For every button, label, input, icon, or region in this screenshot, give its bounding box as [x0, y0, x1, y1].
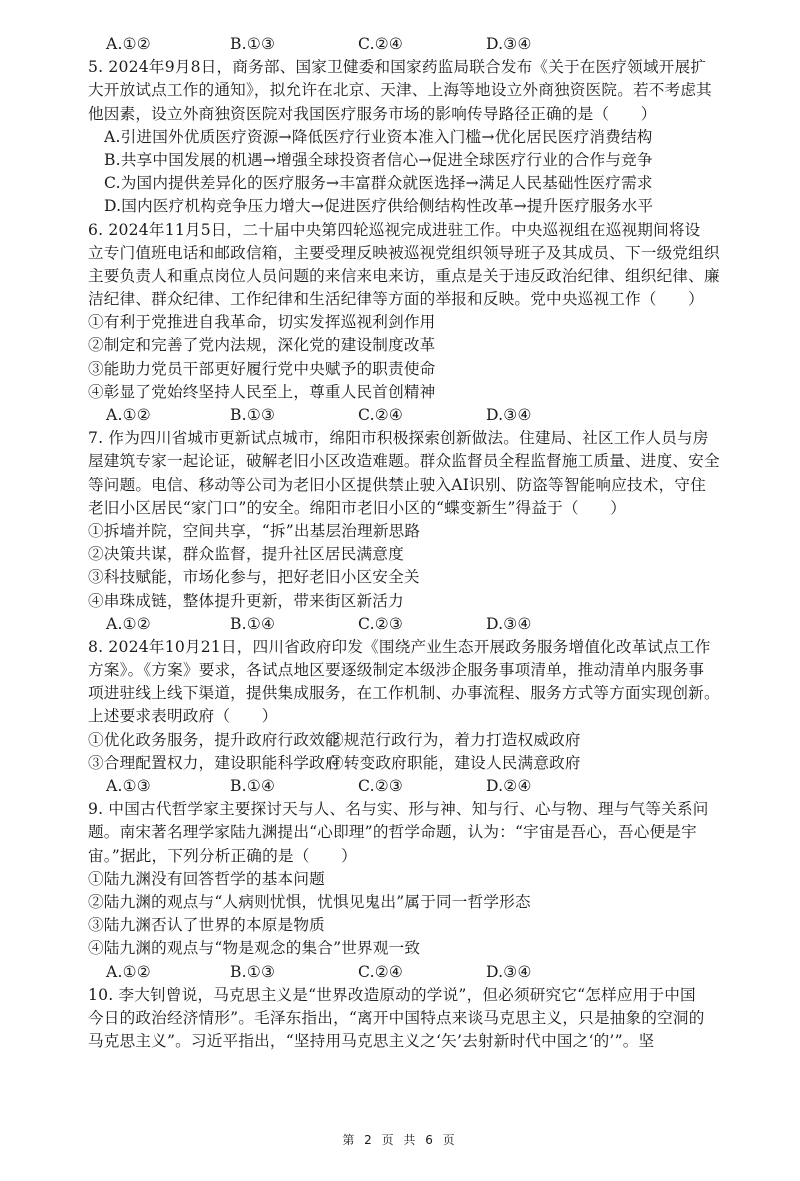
- option-a: A.①②: [106, 961, 151, 984]
- question-stem: 大开放试点工作的通知》，拟允许在北京、天津、上海等地设立外商独资医院。若不考虑其: [88, 79, 718, 102]
- choice-a: A.引进国外优质医疗资源→降低医疗行业资本准入门槛→优化居民医疗消费结构: [88, 126, 718, 149]
- option-b: B.①③: [230, 961, 275, 984]
- statement-2: ②制定和完善了党内法规，深化党的建设制度改革: [88, 334, 718, 357]
- option-c: C.②④: [358, 33, 403, 56]
- statements-row-2: ③合理配置权力，建设职能科学政府 ④转变政府职能，建设人民满意政府: [88, 752, 718, 775]
- question-7: 7. 作为四川省城市更新试点城市，绵阳市积极探索创新做法。住建局、社区工作人员与…: [88, 427, 718, 636]
- question-stem: 他因素，设立外商独资医院对我国医疗服务市场的影响传导路径正确的是（ ）: [88, 103, 718, 126]
- statement-3: ③陆九渊否认了世界的本原是物质: [88, 914, 718, 937]
- question-stem: 项进驻线上线下渠道，提供集成服务，在工作机制、办事流程、服务方式等方面实现创新。: [88, 682, 718, 705]
- option-d: D.③④: [486, 961, 532, 984]
- question-stem: 今日的政治经济情形”。毛泽东指出，“离开中国特点来谈马克思主义，只是抽象的空洞的: [88, 1007, 718, 1030]
- statements-row-1: ①优化政务服务，提升政府行政效能 ②规范行政行为，着力打造权威政府: [88, 729, 718, 752]
- statement-3: ③合理配置权力，建设职能科学政府: [88, 752, 341, 775]
- option-a: A.①③: [106, 775, 151, 798]
- question-stem: 立专门值班电话和邮政信箱，主要受理反映被巡视党组织领导班子及其成员、下一级党组织: [88, 242, 718, 265]
- option-c: C.②③: [358, 775, 403, 798]
- options-row: A.①③ B.①④ C.②③ D.②④: [88, 775, 718, 798]
- question-stem: 9. 中国古代哲学家主要探讨天与人、名与实、形与神、知与行、心与物、理与气等关系…: [88, 798, 718, 821]
- options-row: A.①② B.①③ C.②④ D.③④: [88, 404, 718, 427]
- statement-4: ④彰显了党始终坚持人民至上，尊重人民首创精神: [88, 381, 718, 404]
- statement-1: ①有利于党推进自我革命，切实发挥巡视利剑作用: [88, 311, 718, 334]
- question-stem: 等问题。电信、移动等公司为老旧小区提供禁止驶入AI识别、防盗等智能响应技术，守住: [88, 474, 718, 497]
- question-stem: 7. 作为四川省城市更新试点城市，绵阳市积极探索创新做法。住建局、社区工作人员与…: [88, 427, 718, 450]
- statement-1: ①优化政务服务，提升政府行政效能: [88, 729, 341, 752]
- option-a: A.①②: [106, 613, 151, 636]
- option-a: A.①②: [106, 404, 151, 427]
- question-stem: 老旧小区居民“家门口”的安全。绵阳市老旧小区的“蝶变新生”得益于（ ）: [88, 497, 718, 520]
- question-stem: 马克思主义”。习近平指出，“坚持用马克思主义之‘矢’去射新时代中国之‘的’”。坚: [88, 1030, 718, 1053]
- option-d: D.③④: [486, 33, 532, 56]
- statement-4: ④陆九渊的观点与“物是观念的集合”世界观一致: [88, 937, 718, 960]
- statement-4: ④串珠成链，整体提升更新，带来街区新活力: [88, 590, 718, 613]
- statement-4: ④转变政府职能，建设人民满意政府: [328, 752, 581, 775]
- choice-d: D.国内医疗机构竞争压力增大→促进医疗供给侧结构性改革→提升医疗服务水平: [88, 195, 718, 218]
- statement-2: ②陆九渊的观点与“人病则忧惧，忧惧见鬼出”属于同一哲学形态: [88, 891, 718, 914]
- statement-3: ③能助力党员干部更好履行党中央赋予的职责使命: [88, 358, 718, 381]
- question-5: 5. 2024年9月8日，商务部、国家卫健委和国家药监局联合发布《关于在医疗领域…: [88, 56, 718, 218]
- option-c: C.②④: [358, 404, 403, 427]
- question-8: 8. 2024年10月21日，四川省政府印发《围绕产业生态开展政务服务增值化改革…: [88, 636, 718, 798]
- option-b: B.①③: [230, 404, 275, 427]
- statement-2: ②决策共谋，群众监督，提升社区居民满意度: [88, 543, 718, 566]
- choice-b: B.共享中国发展的机遇→增强全球投资者信心→促进全球医疗行业的合作与竞争: [88, 149, 718, 172]
- choice-c: C.为国内提供差异化的医疗服务→丰富群众就医选择→满足人民基础性医疗需求: [88, 172, 718, 195]
- option-b: B.①④: [230, 613, 275, 636]
- question-stem: 上述要求表明政府（ ）: [88, 705, 718, 728]
- option-c: C.②④: [358, 961, 403, 984]
- option-a: A.①②: [106, 33, 151, 56]
- question-stem: 5. 2024年9月8日，商务部、国家卫健委和国家药监局联合发布《关于在医疗领域…: [88, 56, 718, 79]
- statement-3: ③科技赋能，市场化参与，把好老旧小区安全关: [88, 566, 718, 589]
- question-stem: 方案》。《方案》要求，各试点地区要逐级制定本级涉企服务事项清单，推动清单内服务事: [88, 659, 718, 682]
- statement-1: ①拆墙并院，空间共享，“拆”出基层治理新思路: [88, 520, 718, 543]
- question-6: 6. 2024年11月5日，二十届中央第四轮巡视完成进驻工作。中央巡视组在巡视期…: [88, 219, 718, 428]
- question-stem: 宙。”据此，下列分析正确的是（ ）: [88, 845, 718, 868]
- options-row-q4: A.①② B.①③ C.②④ D.③④: [88, 33, 718, 56]
- option-b: B.①④: [230, 775, 275, 798]
- question-9: 9. 中国古代哲学家主要探讨天与人、名与实、形与神、知与行、心与物、理与气等关系…: [88, 798, 718, 984]
- options-row: A.①② B.①③ C.②④ D.③④: [88, 961, 718, 984]
- option-c: C.②③: [358, 613, 403, 636]
- page-number: 第 2 页 共 6 页: [0, 1131, 800, 1148]
- question-stem: 主要负责人和重点岗位人员问题的来信来电来访，重点是关于违反政治纪律、组织纪律、廉: [88, 265, 718, 288]
- option-d: D.②④: [486, 775, 532, 798]
- option-d: D.③④: [486, 404, 532, 427]
- question-stem: 题。南宋著名理学家陆九渊提出“心即理”的哲学命题，认为：“宇宙是吾心，吾心便是宇: [88, 821, 718, 844]
- question-10: 10. 李大钊曾说，马克思主义是“世界改造原动的学说”，但必须研究它“怎样应用于…: [88, 984, 718, 1054]
- question-stem: 洁纪律、群众纪律、工作纪律和生活纪律等方面的举报和反映。党中央巡视工作（ ）: [88, 288, 718, 311]
- question-stem: 10. 李大钊曾说，马克思主义是“世界改造原动的学说”，但必须研究它“怎样应用于…: [88, 984, 718, 1007]
- exam-page: A.①② B.①③ C.②④ D.③④ 5. 2024年9月8日，商务部、国家卫…: [88, 33, 718, 1053]
- statement-1: ①陆九渊没有回答哲学的基本问题: [88, 868, 718, 891]
- question-stem: 8. 2024年10月21日，四川省政府印发《围绕产业生态开展政务服务增值化改革…: [88, 636, 718, 659]
- statement-2: ②规范行政行为，着力打造权威政府: [328, 729, 581, 752]
- options-row: A.①② B.①④ C.②③ D.③④: [88, 613, 718, 636]
- option-b: B.①③: [230, 33, 275, 56]
- question-stem: 屋建筑专家一起论证，破解老旧小区改造难题。群众监督员全程监督施工质量、进度、安全: [88, 450, 718, 473]
- option-d: D.③④: [486, 613, 532, 636]
- question-stem: 6. 2024年11月5日，二十届中央第四轮巡视完成进驻工作。中央巡视组在巡视期…: [88, 219, 718, 242]
